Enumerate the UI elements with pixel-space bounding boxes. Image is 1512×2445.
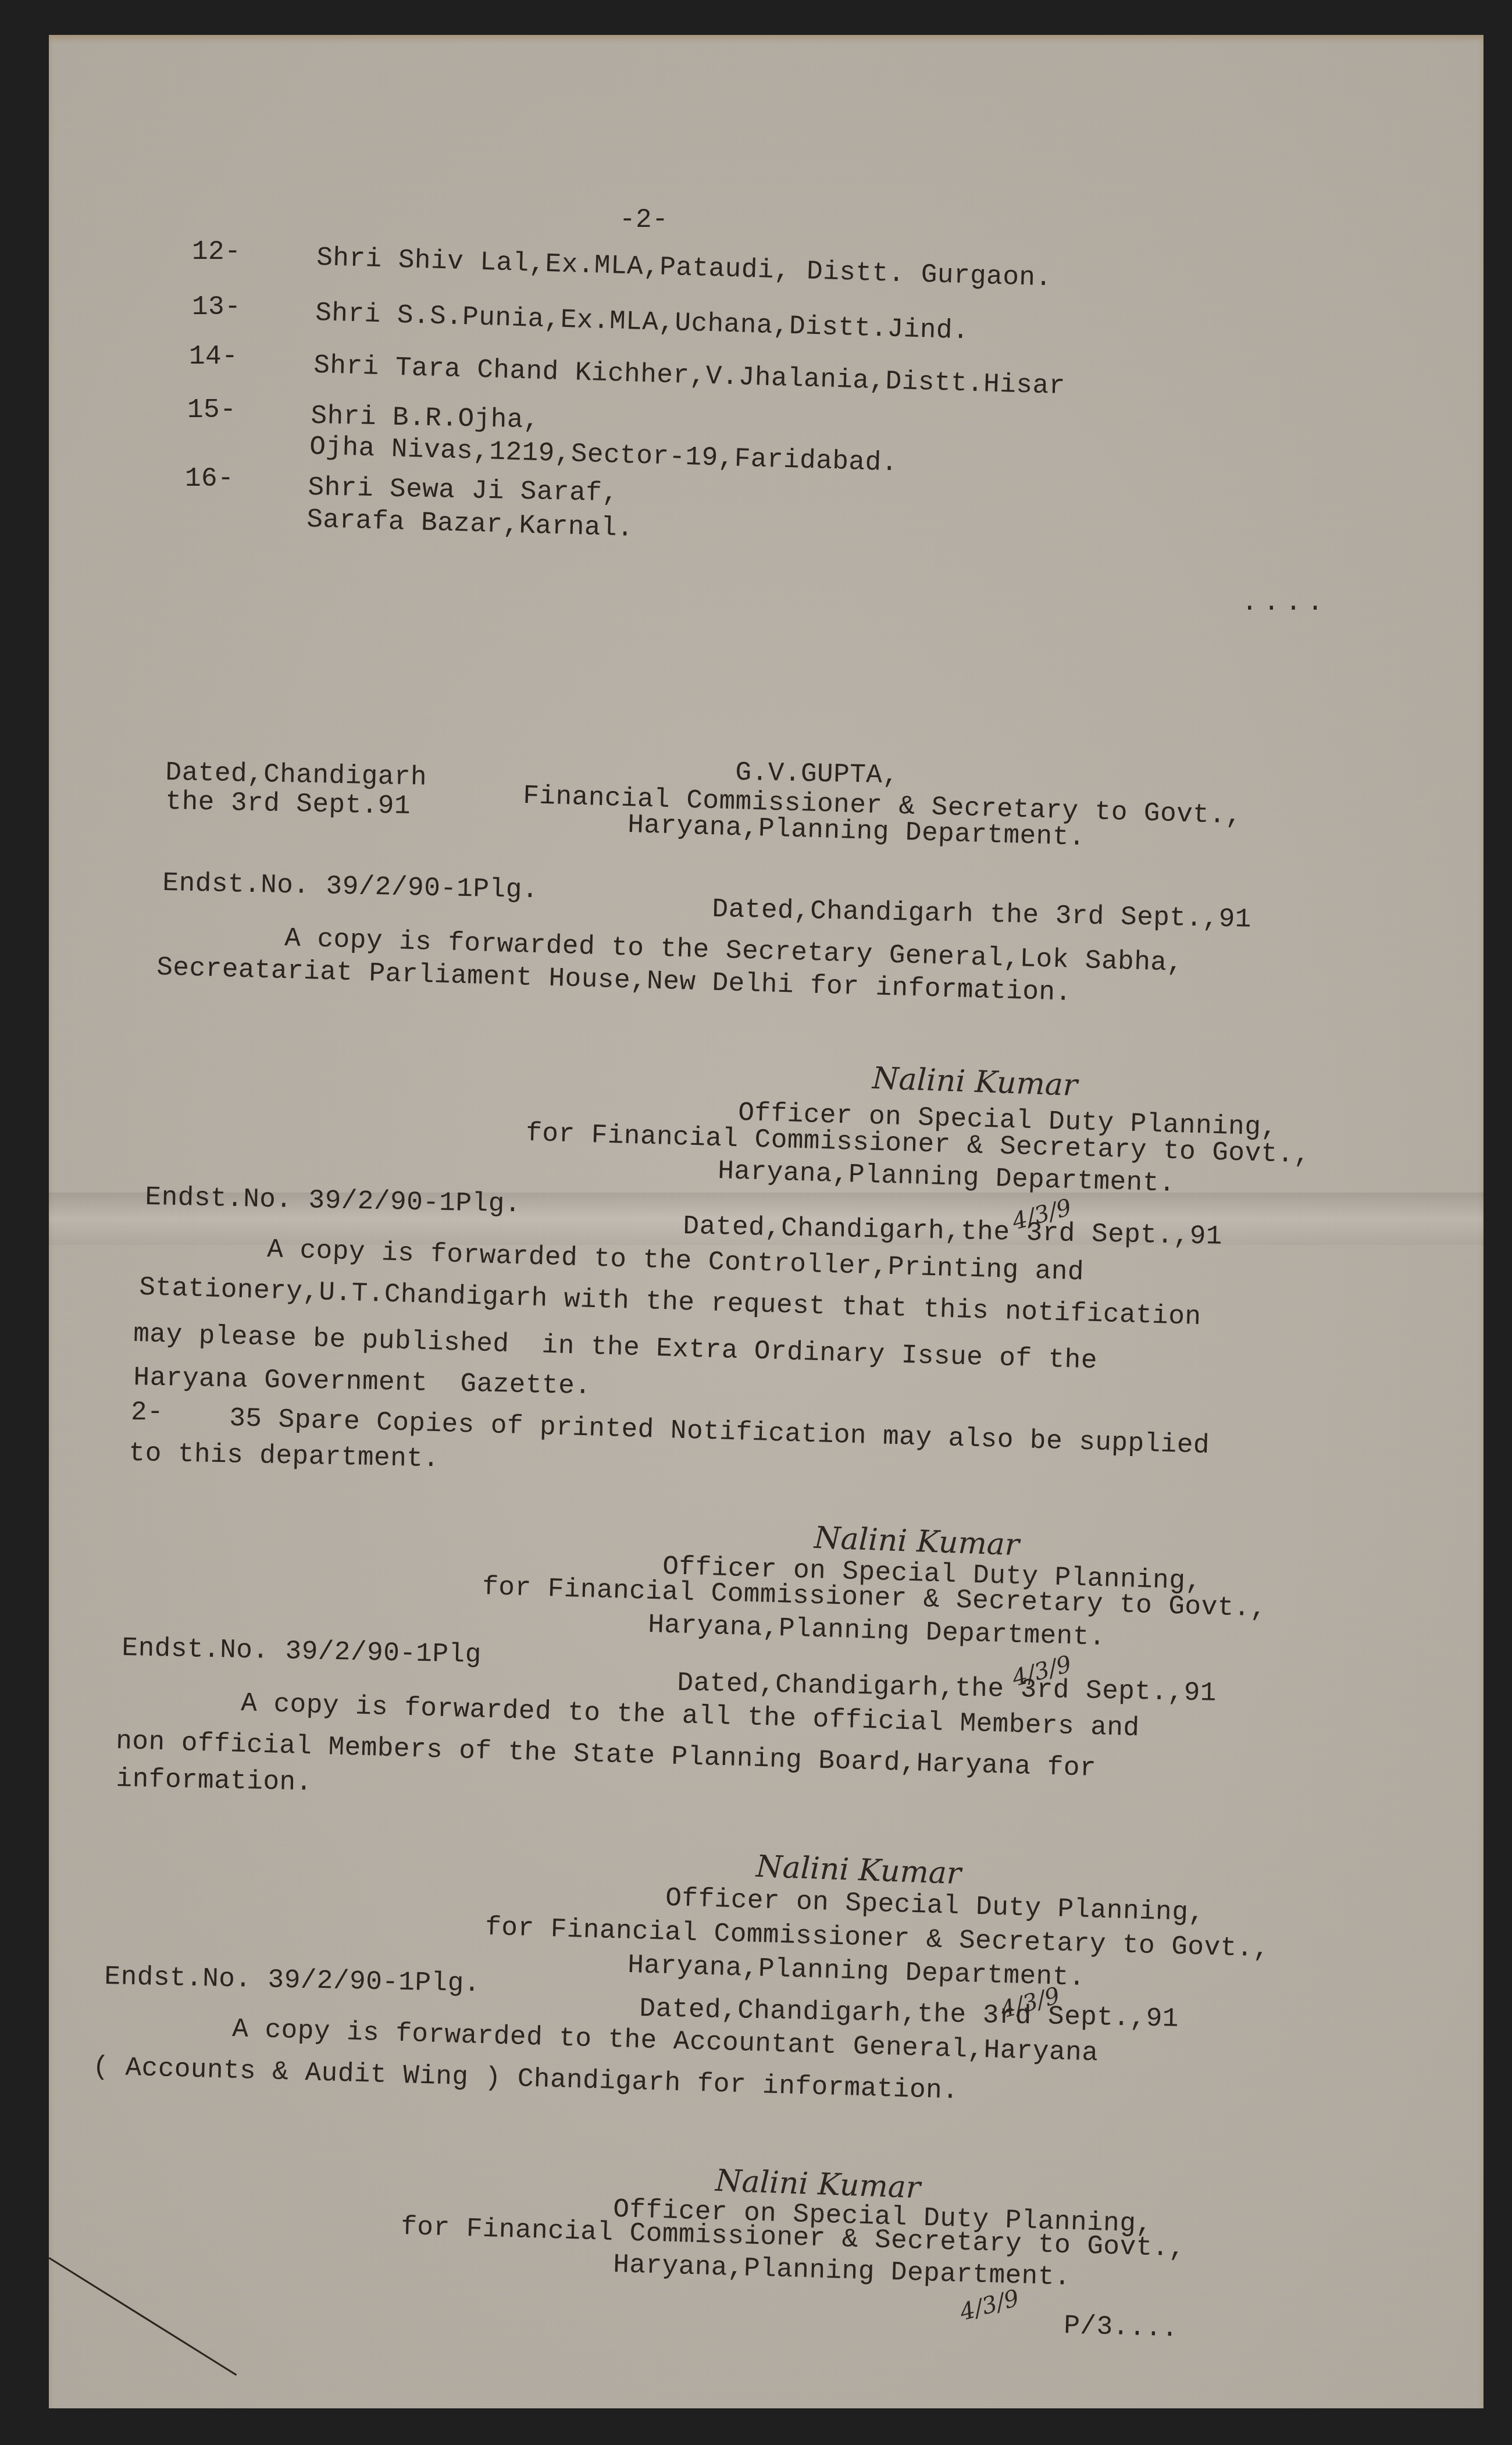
endorsement-body-line: information. [116,1766,312,1796]
recipient-number: 13- [192,294,241,321]
endorsement-number: Endst.No. 39/2/90-1Plg. [104,1963,480,1997]
page-number: -2- [619,207,668,233]
recipient-number: 14- [189,343,238,370]
dated-line: the 3rd Sept.91 [165,788,411,820]
dated-line: Dated,Chandigarh [165,759,427,791]
next-page-marker: P/3.... [1064,2312,1179,2342]
recipient-number: 12- [192,239,241,265]
signatory-name: G.V.GUPTA, [735,759,899,789]
recipient-number: 15- [187,397,236,423]
recipient-number: 16- [185,465,234,492]
recipient-line: Shri Sewa Ji Saraf, [308,474,619,507]
handwritten-signature: Nalini Kumar [755,1849,962,1891]
recipient-line: Shri B.R.Ojha, [311,403,540,434]
paragraph-number: 2- [131,1399,163,1426]
endorsement-body-line: to this department. [129,1440,440,1472]
endorsement-number: Endst.No. 39/2/90-1Plg [122,1635,482,1668]
handwritten-signature: Nalini Kumar [872,1061,1078,1103]
endorsement-number: Endst.No. 39/2/90-1Plg. [162,870,539,903]
continuation-marker: .... [1242,588,1329,618]
endorsement-number: Endst.No. 39/2/90-1Plg. [145,1184,521,1218]
